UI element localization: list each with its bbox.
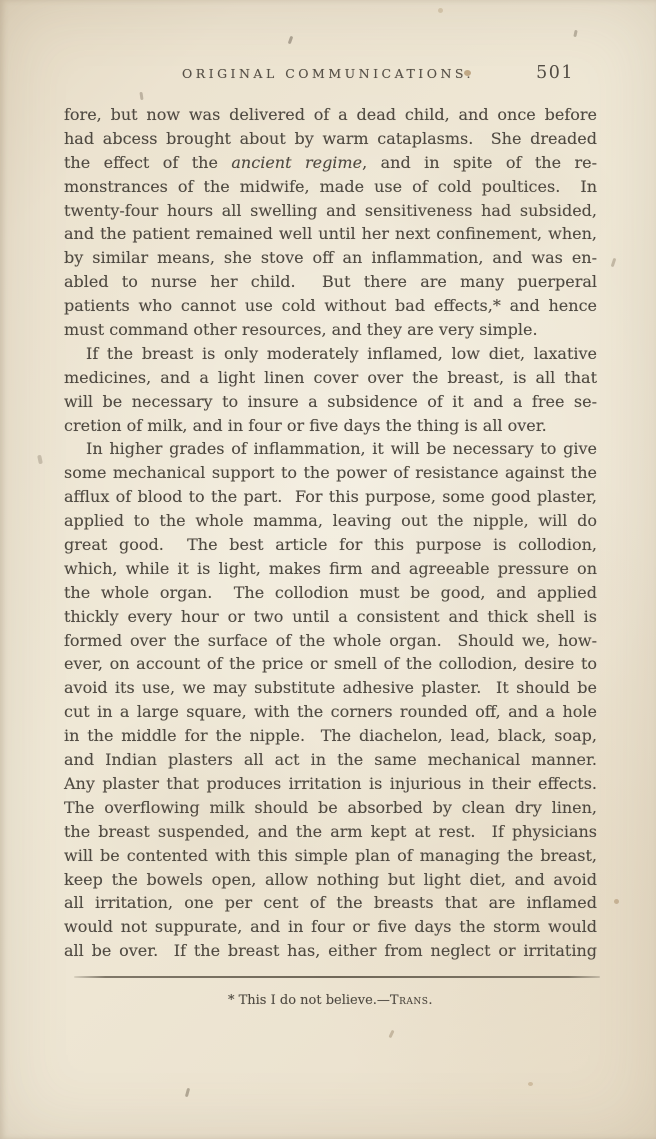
text-line: the effect of the ancient regime, and in…	[64, 151, 597, 175]
paper-speck	[611, 258, 617, 267]
text-run: The overflowing milk should be absorbed …	[64, 798, 597, 817]
text-run: avoid its use, we may substitute adhesiv…	[64, 678, 597, 697]
text-line: medicines, and a light linen cover over …	[64, 366, 597, 390]
text-line: If the breast is only moderately inflame…	[64, 342, 597, 366]
running-header-title: ORIGINAL COMMUNICATIONS.	[182, 66, 474, 81]
text-line: thickly every hour or two until a consis…	[64, 605, 597, 629]
text-run: will be necessary to insure a subsidence…	[64, 392, 597, 411]
text-line: In higher grades of inflammation, it wil…	[64, 437, 597, 461]
text-line: abled to nurse her child. But there are …	[64, 270, 597, 294]
text-run: in the middle for the nipple. The diache…	[64, 726, 597, 745]
text-run: abled to nurse her child. But there are …	[64, 272, 597, 291]
text-run: had abcess brought about by warm catapla…	[64, 129, 597, 148]
text-line: avoid its use, we may substitute adhesiv…	[64, 676, 597, 700]
text-run: the effect of the	[64, 153, 231, 172]
text-line: keep the bowels open, allow nothing but …	[64, 868, 597, 892]
paper-speck	[573, 30, 577, 37]
paper-speck	[438, 8, 443, 13]
text-line: and the patient remained well until her …	[64, 222, 597, 246]
text-line: by similar means, she stove off an infla…	[64, 246, 597, 270]
text-run: If the breast is only moderately inflame…	[86, 344, 597, 363]
text-line: The overflowing milk should be absorbed …	[64, 796, 597, 820]
text-run: all be over. If the breast has, either f…	[64, 941, 597, 960]
text-run: would not suppurate, and in four or five…	[64, 917, 597, 936]
text-line: patients who cannot use cold without bad…	[64, 294, 597, 318]
text-line: the breast suspended, and the arm kept a…	[64, 820, 597, 844]
text-line: monstrances of the midwife, made use of …	[64, 175, 597, 199]
text-run: applied to the whole mamma, leaving out …	[64, 511, 597, 530]
text-run: some mechanical support to the power of …	[64, 463, 597, 482]
text-run: medicines, and a light linen cover over …	[64, 368, 597, 387]
text-line: ever, on account of the price or smell o…	[64, 652, 597, 676]
text-run: afflux of blood to the part. For this pu…	[64, 487, 597, 506]
text-run: great good. The best article for this pu…	[64, 535, 597, 554]
text-line: applied to the whole mamma, leaving out …	[64, 509, 597, 533]
text-run: twenty-four hours all swelling and sensi…	[64, 201, 597, 220]
text-line: fore, but now was delivered of a dead ch…	[64, 103, 597, 127]
text-run: by similar means, she stove off an infla…	[64, 248, 597, 267]
text-run: Trans.	[390, 993, 433, 1008]
text-run: monstrances of the midwife, made use of …	[64, 177, 597, 196]
text-line: all irritation, one per cent of the brea…	[64, 891, 597, 915]
text-line: the whole organ. The collodion must be g…	[64, 581, 597, 605]
text-run: cut in a large square, with the corners …	[64, 702, 597, 721]
text-line: afflux of blood to the part. For this pu…	[64, 485, 597, 509]
text-line: formed over the surface of the whole org…	[64, 629, 597, 653]
text-run: and Indian plasters all act in the same …	[64, 750, 597, 769]
text-run: must command other resources, and they a…	[64, 320, 538, 339]
text-line: cretion of milk, and in four or five day…	[64, 414, 597, 438]
paper-speck	[185, 1088, 190, 1097]
paper-speck	[37, 455, 43, 465]
text-run: the breast suspended, and the arm kept a…	[64, 822, 597, 841]
footnote: * This I do not believe.—Trans.	[64, 993, 597, 1008]
text-line: had abcess brought about by warm catapla…	[64, 127, 597, 151]
text-line: in the middle for the nipple. The diache…	[64, 724, 597, 748]
page-text: fore, but now was delivered of a dead ch…	[64, 103, 597, 963]
text-run: * This I do not believe.—	[228, 993, 390, 1008]
text-line: cut in a large square, with the corners …	[64, 700, 597, 724]
footnote-rule	[74, 976, 600, 978]
text-run: ancient regime	[231, 153, 362, 172]
text-line: which, while it is light, makes firm and…	[64, 557, 597, 581]
text-run: Any plaster that produces irritation is …	[64, 774, 597, 793]
text-line: great good. The best article for this pu…	[64, 533, 597, 557]
text-line: and Indian plasters all act in the same …	[64, 748, 597, 772]
text-run: cretion of milk, and in four or five day…	[64, 416, 547, 435]
text-run: thickly every hour or two until a consis…	[64, 607, 597, 626]
paper-speck	[288, 36, 294, 45]
text-line: will be contented with this simple plan …	[64, 844, 597, 868]
text-line: twenty-four hours all swelling and sensi…	[64, 199, 597, 223]
text-run: all irritation, one per cent of the brea…	[64, 893, 597, 912]
text-run: will be contented with this simple plan …	[64, 846, 597, 865]
paper-speck	[528, 1082, 533, 1086]
text-run: , and in spite of the re-	[362, 153, 597, 172]
paper-speck	[139, 92, 143, 100]
text-line: would not suppurate, and in four or five…	[64, 915, 597, 939]
text-run: keep the bowels open, allow nothing but …	[64, 870, 597, 889]
book-page: ORIGINAL COMMUNICATIONS. 501 fore, but n…	[0, 0, 656, 1139]
paper-speck	[614, 899, 619, 904]
text-line: some mechanical support to the power of …	[64, 461, 597, 485]
text-run: fore, but now was delivered of a dead ch…	[64, 105, 597, 124]
text-run: ever, on account of the price or smell o…	[64, 654, 597, 673]
text-line: all be over. If the breast has, either f…	[64, 939, 597, 963]
text-run: and the patient remained well until her …	[64, 224, 597, 243]
paper-speck	[388, 1030, 394, 1039]
text-run: the whole organ. The collodion must be g…	[64, 583, 597, 602]
text-run: In higher grades of inflammation, it wil…	[86, 439, 597, 458]
text-line: Any plaster that produces irritation is …	[64, 772, 597, 796]
text-line: will be necessary to insure a subsidence…	[64, 390, 597, 414]
text-line: must command other resources, and they a…	[64, 318, 597, 342]
page-number: 501	[536, 63, 574, 83]
text-run: formed over the surface of the whole org…	[64, 631, 597, 650]
text-run: which, while it is light, makes firm and…	[64, 559, 597, 578]
text-run: patients who cannot use cold without bad…	[64, 296, 597, 315]
